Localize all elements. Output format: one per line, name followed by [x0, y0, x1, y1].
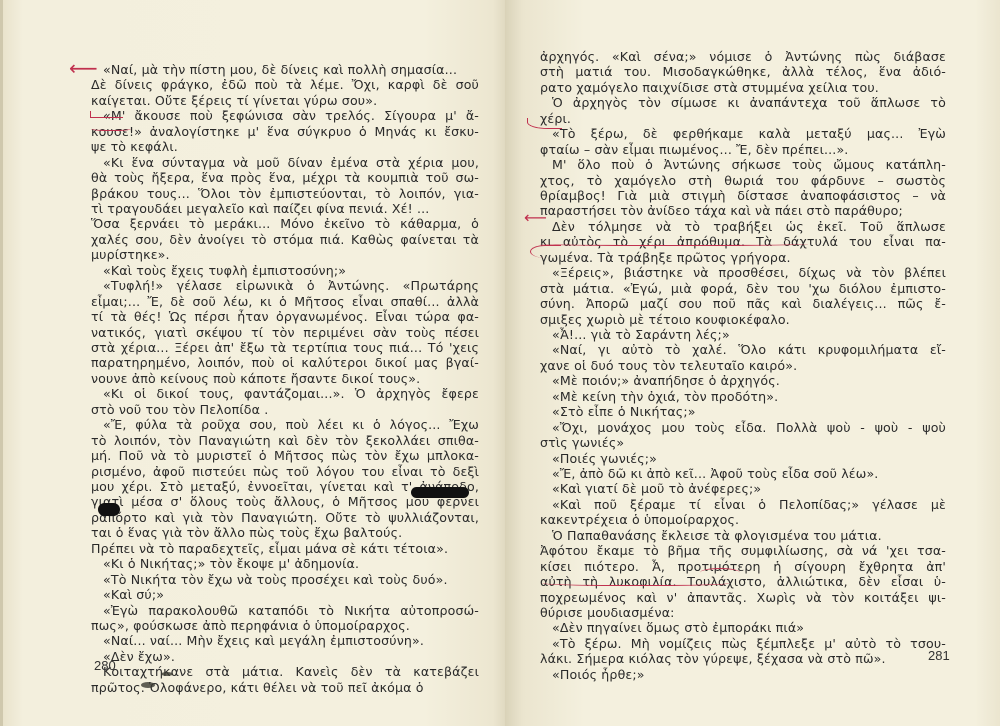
text-line: γωμένα. Τὰ τράβηξε πρῶτος γρήγορα.	[540, 250, 946, 265]
text-line: «Τὸ ξέρω. Μὴ νομίζεις πὼς ξέμπλεξε μ' αὐ…	[540, 636, 946, 651]
text-line: θρίαμβος! Γιὰ μιὰ στιγμὴ δίστασε ἀναποφά…	[540, 188, 946, 203]
left-page-text: «Ναί, μὰ τὴν πίστη μου, δὲ δίνεις καὶ πο…	[91, 62, 479, 695]
text-line: Ἀφότου ἔκαμε τὸ βῆμα τῆς συμφιλίωσης, σὰ…	[540, 543, 946, 558]
text-line: κίσει πιότερο. Ἆ, προτιμότερη ἡ σίγουρη …	[540, 559, 946, 574]
text-line: «Ναί, μὰ τὴν πίστη μου, δὲ δίνεις καὶ πο…	[91, 62, 479, 77]
text-line: σμιξες χωριὸ μὲ τέτοιο κουφιοκέφαλο.	[540, 312, 946, 327]
text-line: θὰ τοὺς ἤξερα, ἕνα πρὸς ἕνα, μέχρι τὰ κο…	[91, 170, 479, 185]
text-line: «Καὶ τοὺς ἔχεις τυφλὴ ἐμπιστοσύνη;»	[91, 263, 479, 278]
text-line: θύρισε μουδιασμένα:	[540, 605, 946, 620]
text-line: «Καὶ σύ;»	[91, 587, 479, 602]
text-line: τὶ τραγουδάει μεγαλεῖο καὶ παίζει φίνα π…	[91, 201, 479, 216]
text-line: ψε τὸ κεφάλι.	[91, 139, 479, 154]
text-line: χέρι.	[540, 111, 946, 126]
text-line: «Καὶ γιατί δὲ μοῦ τὸ ἀνέφερες;»	[540, 481, 946, 496]
text-line: «Ἐγὼ παρακολουθῶ καταπόδι τὸ Νικήτα αὐτο…	[91, 603, 479, 618]
text-line: πως», φούσκωσε ἀπὸ περηφάνια ὁ ὑπομοίραρ…	[91, 618, 479, 633]
annotation-underline	[530, 245, 561, 258]
text-line: «Ναί... ναί... Μὴν ἔχεις καὶ μεγάλη ἐμπι…	[91, 633, 479, 648]
text-line: Ὅσα ξερνάει τὸ μεράκι... Μόνο ἐκεῖνο τὸ …	[91, 216, 479, 231]
annotation-underline	[90, 111, 123, 118]
text-line: «Ὄχι, μονάχος μου τοὺς εἶδα. Πολλὰ ψοὺ -…	[540, 420, 946, 435]
text-line: Πρέπει νὰ τὸ παραδεχτεῖς, εἶμαι μάνα σὲ …	[91, 541, 479, 556]
text-line: μή. Ποῦ νὰ τὸ μυριστεῖ ὁ Μῆτσος πὼς τὸν …	[91, 448, 479, 463]
text-line: καίγεται. Οὔτε ξέρεις τί γίνεται γύρω σο…	[91, 93, 479, 108]
text-line: κακεντρέχεια ὁ ὑπομοίραρχος.	[540, 512, 946, 527]
text-line: «Ναί, γι αὐτὸ τὸ χαλέ. Ὅλο κάτι κρυφομιλ…	[540, 342, 946, 357]
page-number-right: 281	[928, 648, 950, 663]
text-line: «Ποιές γωνιές;»	[540, 451, 946, 466]
text-line: λάκι. Σήμερα κιόλας τὸν γύρεψε, ξέχασα ν…	[540, 651, 946, 666]
text-line: χαλές σου, δὲν ἀνοίγει τὸ στόμα πιά. Καθ…	[91, 232, 479, 247]
text-line: «Ἔ, ἀπὸ δῶ κι ἀπὸ κεῖ... Ἀφοῦ τοὺς εἶδα …	[540, 466, 946, 481]
text-line: παραστήσει τὸν ἀνίδεο τάχα καὶ νὰ πάει σ…	[540, 203, 946, 218]
annotation-underline	[540, 241, 808, 246]
text-line: «Στὸ εἶπε ὁ Νικήτας;»	[540, 404, 946, 419]
text-line: στὰ χέρια... Ξέρει ἀπ' ἔξω τὰ τερτίπια τ…	[91, 340, 479, 355]
text-line: τὸ λοιπόν, τὸν Παναγιώτη καὶ δὲν τὸν ξεκ…	[91, 433, 479, 448]
right-page: ἀρχηγός. «Καὶ σένα;» νόμισε ὁ Ἀντώνης πὼ…	[505, 0, 1000, 726]
annotation-underline	[700, 568, 740, 577]
text-line: χτος, τὸ χαμόγελο στὴ θωριά του φάρδυνε …	[540, 173, 946, 188]
text-line: «Κι ὁ Νικήτας;» τὸν ἔκοψε μ' ἀδημονία.	[91, 556, 479, 571]
text-line: «Μ' ἄκουσε ποὺ ξεφώνισα σὰν τρελός. Σίγο…	[91, 108, 479, 123]
text-line: φταίω – σὰν εἶμαι πιωμένος... Ἔ, δὲν πρέ…	[540, 142, 946, 157]
annotation-underline	[527, 118, 562, 129]
text-line: σύνη. Ἀπορῶ μαζί σου ποῦ πᾶς καὶ διαλέγε…	[540, 296, 946, 311]
text-line: χανε οἱ δυό τους τὸν τελευταῖο καιρό».	[540, 358, 946, 373]
ink-blot	[411, 487, 469, 498]
text-line: «Τὸ ξέρω, δὲ φερθήκαμε καλὰ μεταξύ μας..…	[540, 126, 946, 141]
text-line: «Δὲν ἔχω».	[91, 649, 479, 664]
right-page-text: ἀρχηγός. «Καὶ σένα;» νόμισε ὁ Ἀντώνης πὼ…	[540, 49, 946, 682]
annotation-underline	[542, 579, 730, 586]
text-line: «Καὶ ποῦ ξέραμε τί εἶναι ὁ Πελοπίδας;» γ…	[540, 497, 946, 512]
text-line: κουσε!» ἀναλογίστηκε μ' ἕνα σύγκρυο ὁ Μη…	[91, 124, 479, 139]
text-line: ραπόρτο καὶ γιὰ τὸν Παναγιώτη. Οὔτε τὸ ψ…	[91, 510, 479, 525]
text-line: νατικός, γιατὶ σκέψου τί τὸν περιμένει σ…	[91, 325, 479, 340]
text-line: ρισμένο, ἀφοῦ πιστεύει πὼς τοῦ λόγου του…	[91, 464, 479, 479]
book-spread: «Ναί, μὰ τὴν πίστη μου, δὲ δίνεις καὶ πο…	[0, 0, 1000, 726]
left-page: «Ναί, μὰ τὴν πίστη μου, δὲ δίνεις καὶ πο…	[0, 0, 505, 726]
text-line: Δὲν τόλμησε νὰ τὸ τραβήξει ὡς ἐκεῖ. Τοῦ …	[540, 219, 946, 234]
text-line: τί τὰ θές! Ὡς πέρσι ἦταν ὀργανωμένος. Εἶ…	[91, 309, 479, 324]
page-number-left: 280	[94, 658, 116, 673]
text-line: στὴ ματιά του. Μισοδαγκώθηκε, ἀλλὰ τέλος…	[540, 64, 946, 79]
text-line: «Κι οἱ δικοί τους, φαντάζομαι...». Ὁ ἀρχ…	[91, 386, 479, 401]
text-line: παρατηρημένο, λοιπόν, ποὺ οἱ καλύτεροι δ…	[91, 355, 479, 370]
text-line: «Ποιός ἦρθε;»	[540, 667, 946, 682]
text-line: Μ' ὅλο ποὺ ὁ Ἀντώνης σήκωσε τοὺς ὤμους κ…	[540, 157, 946, 172]
text-line: ἀρχηγός. «Καὶ σένα;» νόμισε ὁ Ἀντώνης πὼ…	[540, 49, 946, 64]
text-line: «Μὲ κείνη τὴν ὀχιά, τὸν προδότη».	[540, 389, 946, 404]
annotation-arrow-icon: ⟵	[524, 210, 547, 226]
text-line: «Τυφλή!» γέλασε εἰρωνικὰ ὁ Ἀντώνης. «Πρω…	[91, 278, 479, 293]
stain	[161, 672, 173, 676]
text-line: «Μὲ ποιόν;» ἀναπήδησε ὁ ἀρχηγός.	[540, 373, 946, 388]
text-line: Ὁ Παπαθανάσης ἔκλεισε τὰ φλογισμένα του …	[540, 528, 946, 543]
text-line: ποχρεωμένος καὶ ν' ἀπαντᾶς. Χωρὶς νὰ τὸν…	[540, 590, 946, 605]
text-line: στὸ νοῦ του τὸν Πελοπίδα .	[91, 402, 479, 417]
text-line: Ὁ ἀρχηγὸς τὸν σίμωσε κι ἀναπάντεχα τοῦ ἅ…	[540, 95, 946, 110]
text-line: «Δὲν πηγαίνει ὅμως στὸ ἐμποράκι πιά»	[540, 620, 946, 635]
text-line: μυρίστηκε».	[91, 247, 479, 262]
text-line: ται ὁ ἕνας γιὰ τὸν ἄλλο πὼς τοὺς ἔχω βαλ…	[91, 525, 479, 540]
annotation-arrow-icon: ⟵	[69, 58, 98, 78]
text-line: στὶς γωνιές»	[540, 435, 946, 450]
text-line: βράκου τους... Ὅλοι τὸν ἐμπιστεύονται, τ…	[91, 186, 479, 201]
text-line: «Κι ἕνα σύνταγμα νὰ μοῦ δίναν ἐμένα στὰ …	[91, 155, 479, 170]
text-line: «Τὸ Νικήτα τὸν ἔχω νὰ τοὺς προσέχει καὶ …	[91, 572, 479, 587]
text-line: «Ἆ!... γιὰ τὸ Σαράντη λές;»	[540, 327, 946, 342]
text-line: Κοιταχτήκανε στὰ μάτια. Κανεὶς δὲν τὰ κα…	[91, 664, 479, 679]
text-line: «Ξέρεις», βιάστηκε νὰ προσθέσει, δίχως ν…	[540, 265, 946, 280]
text-line: «Ἔ, φύλα τὰ ροῦχα σου, ποὺ λέει κι ὁ λόγ…	[91, 417, 479, 432]
ink-blot	[98, 503, 120, 516]
text-line: στὰ μάτια. «Ἐγώ, μιὰ φορά, δὲν του 'χω δ…	[540, 281, 946, 296]
text-line: εἶμαι;... Ἔ, δὲ σοῦ λέω, κι ὁ Μῆτσος εἶν…	[91, 294, 479, 309]
text-line: ρατο χαμόγελο παιχνίδισε στὰ στυμμένα χε…	[540, 80, 946, 95]
annotation-underline	[91, 126, 131, 131]
text-line: Δὲ δίνεις φράγκο, ἐδῶ ποὺ τὰ λέμε. Ὄχι, …	[91, 77, 479, 92]
text-line: νουνε ἀπὸ κείνους ποὺ κάποτε ἤσαντε δικο…	[91, 371, 479, 386]
stain	[141, 682, 155, 688]
